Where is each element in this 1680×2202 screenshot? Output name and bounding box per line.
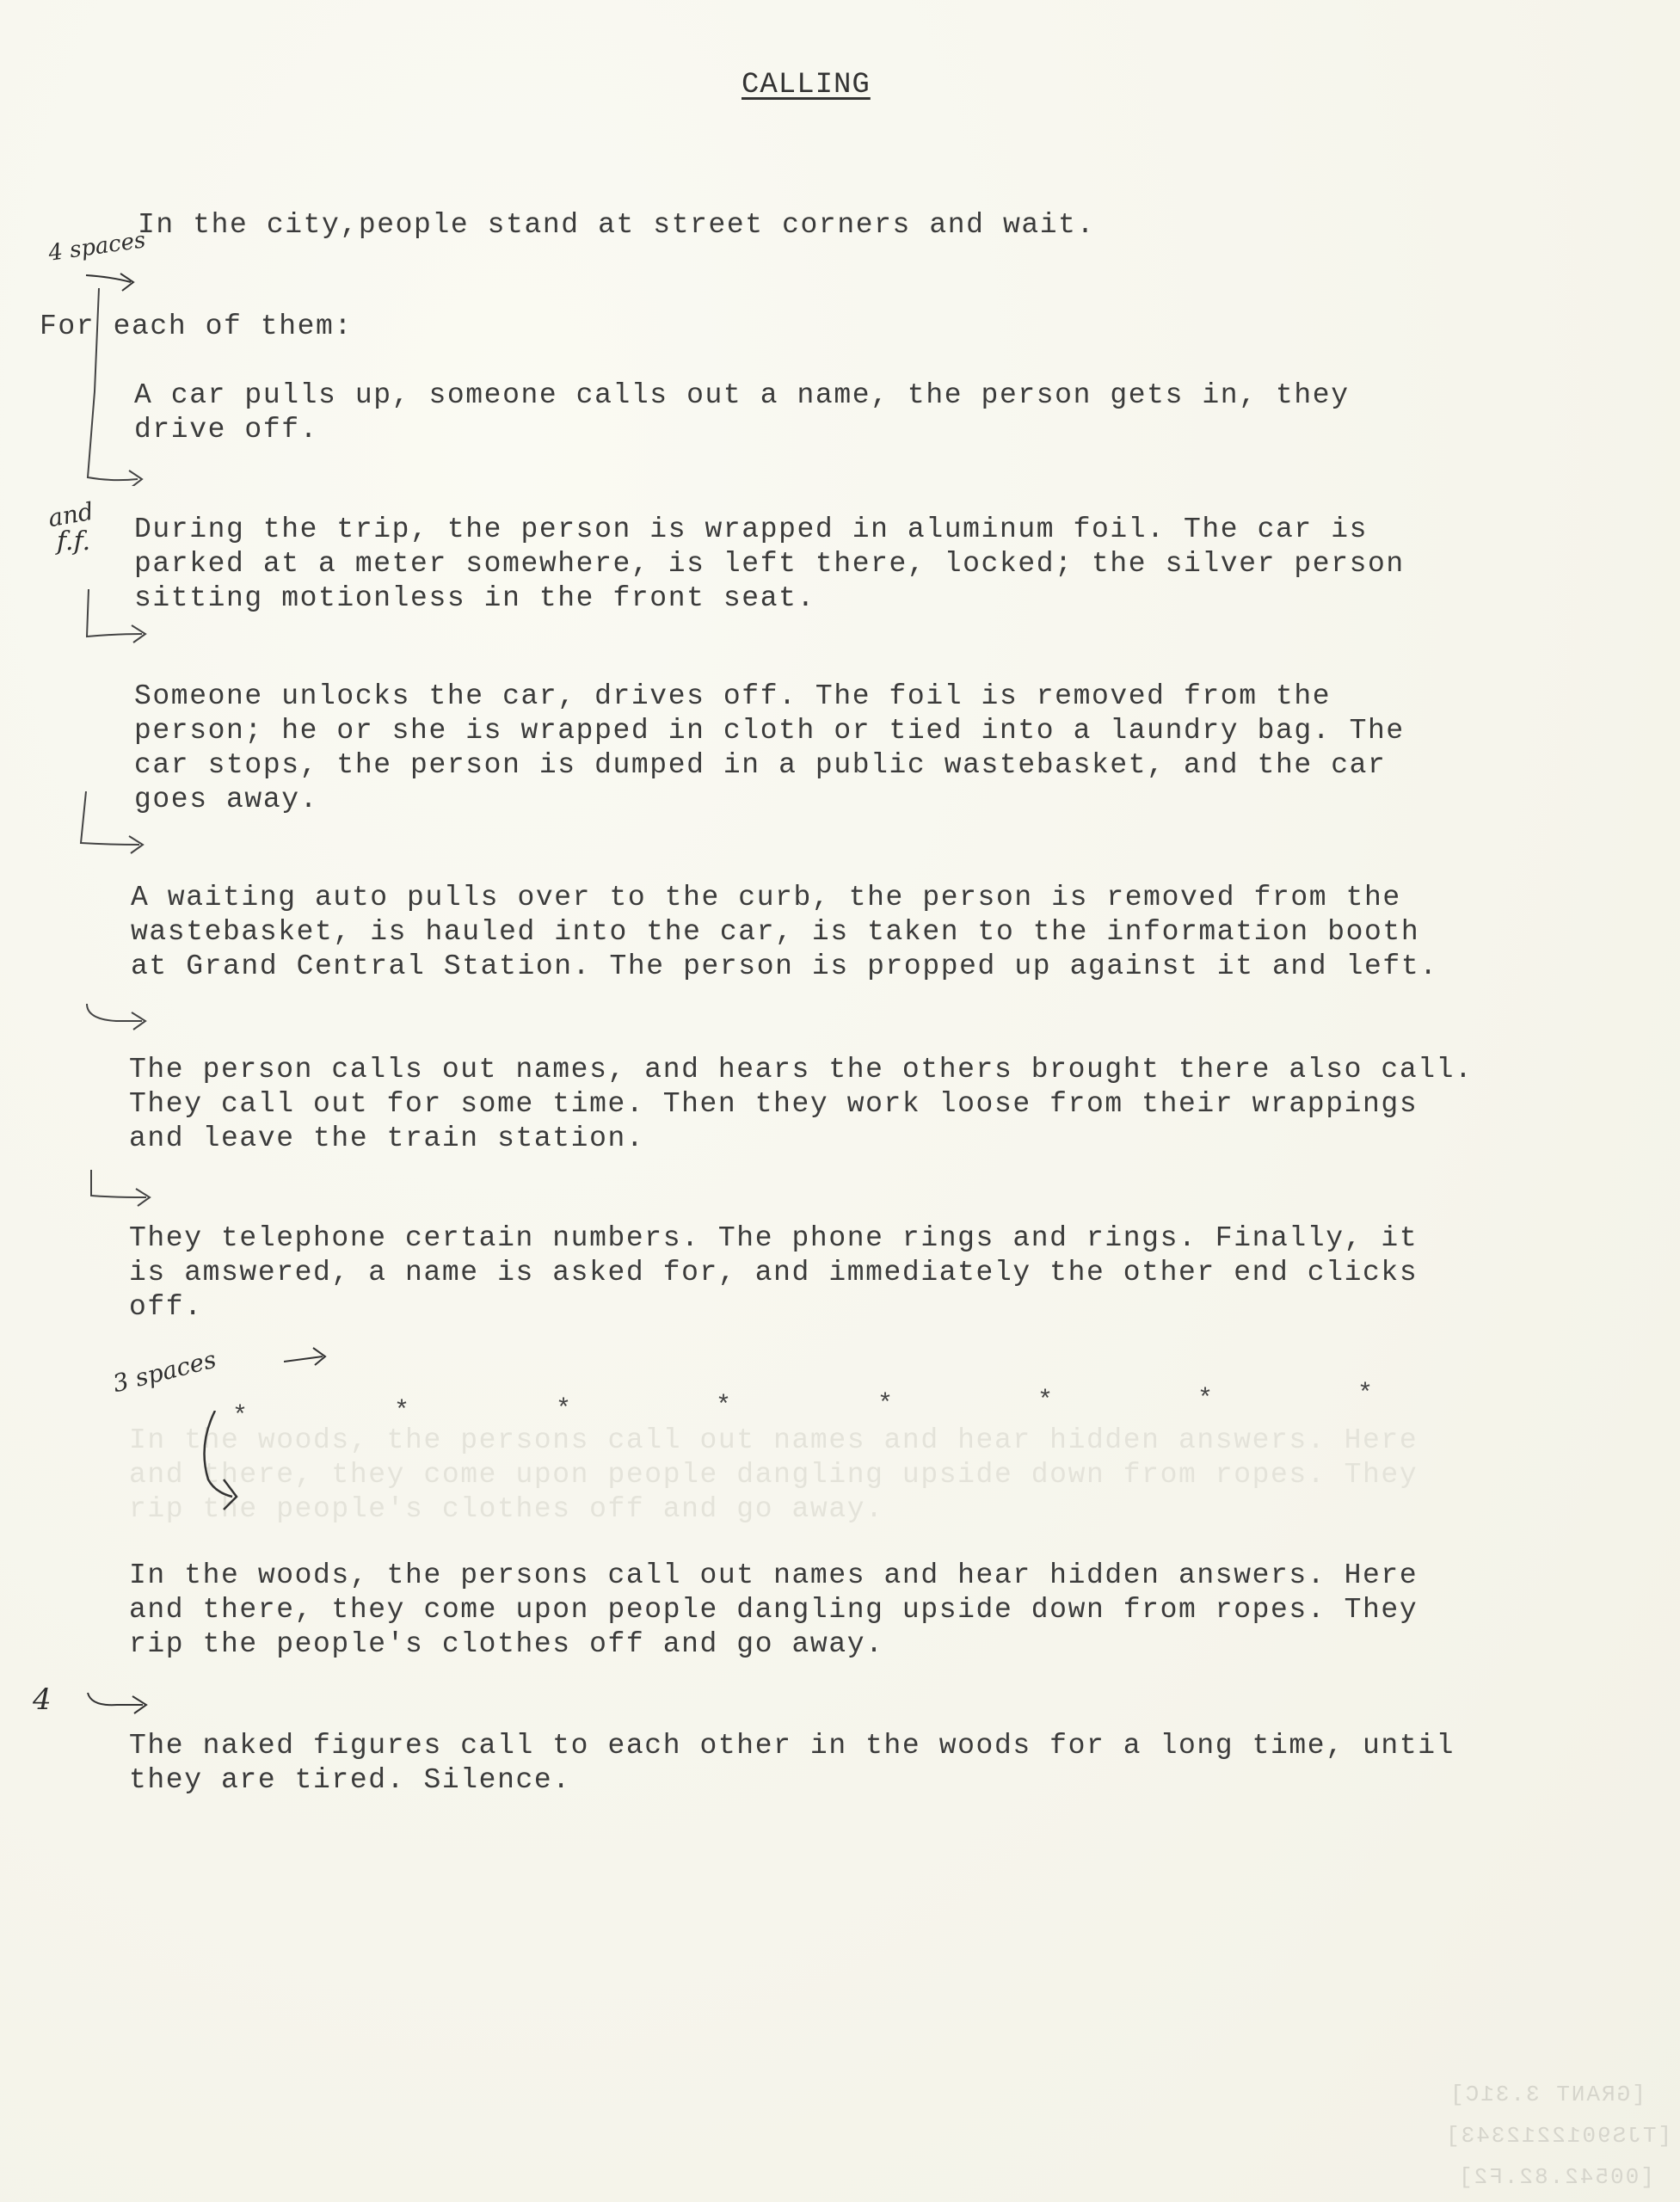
asterisk: * [1197, 1385, 1213, 1414]
handwritten-note-four-spaces: 4 spaces [46, 227, 147, 267]
paragraph-3: A car pulls up, someone calls out a name… [134, 378, 1350, 447]
paragraph-7: The person calls out names, and hears th… [129, 1053, 1473, 1156]
section-break: * * * * * * * * [232, 1385, 1385, 1419]
paragraph-6: A waiting auto pulls over to the curb, t… [131, 881, 1438, 984]
document-title: CALLING [742, 69, 871, 101]
paragraph-5: Someone unlocks the car, drives off. The… [134, 680, 1405, 817]
handwritten-note-four: 4 [33, 1682, 52, 1717]
paragraph-8: They telephone certain numbers. The phon… [129, 1221, 1418, 1325]
paragraph-10: The naked figures call to each other in … [129, 1729, 1455, 1798]
erased-text: In the woods, the persons call out names… [129, 1424, 1418, 1527]
paragraph-4: During the trip, the person is wrapped i… [134, 513, 1405, 616]
bleed-through-stamp: [TJS9012212343] [1444, 2123, 1671, 2149]
bracket-arrow-icon [189, 1411, 267, 1514]
bleed-through-stamp: [GRANT 3.31C] [1449, 2082, 1646, 2107]
bracket-arrow-icon [86, 1170, 163, 1213]
asterisk: * [877, 1390, 893, 1419]
bracket-line-icon [60, 288, 146, 486]
asterisk: * [556, 1395, 571, 1424]
bleed-through-stamp: [00542.82.F2] [1457, 2164, 1654, 2190]
bracket-arrow-icon [82, 589, 159, 649]
document-page: CALLING In the city,people stand at stre… [0, 0, 1680, 2202]
paragraph-9: In the woods, the persons call out names… [129, 1559, 1418, 1662]
paragraph-1: In the city,people stand at street corne… [138, 208, 1095, 243]
handwritten-note-ff: f.f. [57, 526, 90, 557]
bracket-arrow-icon [82, 1002, 159, 1036]
asterisk: * [1357, 1380, 1373, 1409]
bracket-arrow-icon [77, 791, 159, 860]
handwritten-note-three-spaces: 3 spaces [110, 1345, 219, 1399]
asterisk: * [716, 1392, 731, 1421]
arrow-icon [83, 1686, 160, 1720]
asterisk: * [394, 1397, 409, 1426]
asterisk: * [1037, 1387, 1053, 1416]
arrow-icon [284, 1346, 335, 1372]
